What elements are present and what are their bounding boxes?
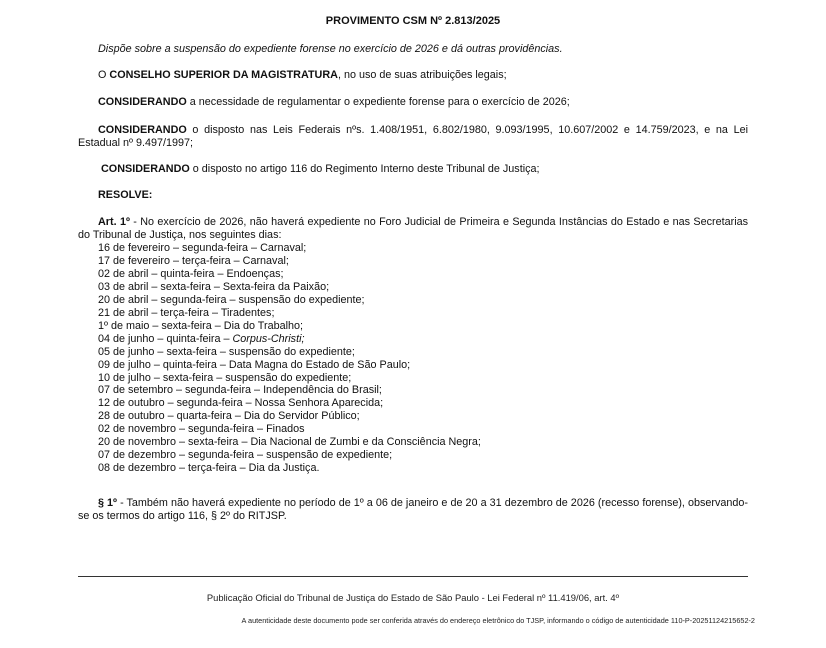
holiday-item: 02 de novembro – segunda-feira – Finados [98,423,481,436]
holiday-date-weekday: 20 de novembro – sexta-feira – [98,436,250,448]
holiday-item: 10 de julho – sexta-feira – suspensão do… [98,372,481,385]
holiday-item: 02 de abril – quinta-feira – Endoenças; [98,268,481,281]
holiday-name: Carnaval; [243,255,289,267]
holiday-date-weekday: 12 de outubro – segunda-feira – [98,397,255,409]
holiday-name: Carnaval; [260,242,306,254]
holiday-item: 21 de abril – terça-feira – Tiradentes; [98,307,481,320]
council-name: CONSELHO SUPERIOR DA MAGISTRATURA [109,69,338,81]
holiday-date-weekday: 08 de dezembro – terça-feira – [98,462,249,474]
holiday-date-weekday: 20 de abril – segunda-feira – [98,294,238,306]
holiday-date-weekday: 21 de abril – terça-feira – [98,307,221,319]
holiday-item: 1º de maio – sexta-feira – Dia do Trabal… [98,320,481,333]
document-title: PROVIMENTO CSM Nº 2.813/2025 [78,15,748,27]
holiday-date-weekday: 09 de julho – quinta-feira – [98,359,229,371]
holiday-date-weekday: 02 de novembro – segunda-feira – [98,423,266,435]
holiday-name: Data Magna do Estado de São Paulo; [229,359,410,371]
holiday-name: Dia do Trabalho; [224,320,303,332]
holiday-item: 12 de outubro – segunda-feira – Nossa Se… [98,397,481,410]
holiday-name: suspensão de expediente; [266,449,392,461]
paragraph-1: § 1º - Também não haverá expediente no p… [78,497,748,523]
preamble: O CONSELHO SUPERIOR DA MAGISTRATURA, no … [98,69,748,82]
holiday-item: 03 de abril – sexta-feira – Sexta-feira … [98,281,481,294]
holiday-date-weekday: 17 de fevereiro – terça-feira – [98,255,243,267]
holiday-name: Dia da Justiça. [249,462,320,474]
holiday-date-weekday: 04 de junho – quinta-feira – [98,333,232,345]
holiday-item: 07 de dezembro – segunda-feira – suspens… [98,449,481,462]
holiday-name: Dia Nacional de Zumbi e da Consciência N… [250,436,480,448]
holiday-date-weekday: 1º de maio – sexta-feira – [98,320,224,332]
considerando-2: CONSIDERANDO o disposto nas Leis Federai… [78,124,748,150]
holiday-list: 16 de fevereiro – segunda-feira – Carnav… [98,242,481,475]
holiday-name: Corpus-Christi; [232,333,304,345]
holiday-date-weekday: 02 de abril – quinta-feira – [98,268,226,280]
holiday-date-weekday: 05 de junho – sexta-feira – [98,346,229,358]
holiday-date-weekday: 16 de fevereiro – segunda-feira – [98,242,260,254]
holiday-date-weekday: 10 de julho – sexta-feira – [98,372,225,384]
holiday-item: 04 de junho – quinta-feira – Corpus-Chri… [98,333,481,346]
holiday-name: Nossa Senhora Aparecida; [255,397,383,409]
holiday-name: Sexta-feira da Paixão; [223,281,329,293]
holiday-name: suspensão do expediente; [238,294,364,306]
footer-publication: Publicação Oficial do Tribunal de Justiç… [78,592,748,603]
holiday-name: Endoenças; [226,268,283,280]
holiday-item: 05 de junho – sexta-feira – suspensão do… [98,346,481,359]
holiday-name: Tiradentes; [221,307,275,319]
holiday-name: suspensão do expediente; [225,372,351,384]
holiday-date-weekday: 03 de abril – sexta-feira – [98,281,223,293]
footer-divider [78,576,748,577]
holiday-item: 20 de novembro – sexta-feira – Dia Nacio… [98,436,481,449]
holiday-item: 28 de outubro – quarta-feira – Dia do Se… [98,410,481,423]
article-1: Art. 1º - No exercício de 2026, não have… [78,216,748,242]
document-summary: Dispõe sobre a suspensão do expediente f… [78,43,748,56]
footer-authenticity: A autenticidade deste documento pode ser… [140,616,755,625]
holiday-date-weekday: 07 de dezembro – segunda-feira – [98,449,266,461]
holiday-item: 09 de julho – quinta-feira – Data Magna … [98,359,481,372]
holiday-item: 20 de abril – segunda-feira – suspensão … [98,294,481,307]
holiday-name: Finados [266,423,304,435]
considerando-1: CONSIDERANDO a necessidade de regulament… [98,96,748,109]
holiday-name: Independência do Brasil; [263,384,382,396]
holiday-item: 07 de setembro – segunda-feira – Indepen… [98,384,481,397]
holiday-date-weekday: 07 de setembro – segunda-feira – [98,384,263,396]
holiday-date-weekday: 28 de outubro – quarta-feira – [98,410,244,422]
considerando-3: CONSIDERANDO o disposto no artigo 116 do… [101,163,748,176]
holiday-item: 08 de dezembro – terça-feira – Dia da Ju… [98,462,481,475]
holiday-name: Dia do Servidor Público; [244,410,360,422]
resolve-heading: RESOLVE: [98,189,748,202]
holiday-item: 16 de fevereiro – segunda-feira – Carnav… [98,242,481,255]
holiday-name: suspensão do expediente; [229,346,355,358]
holiday-item: 17 de fevereiro – terça-feira – Carnaval… [98,255,481,268]
